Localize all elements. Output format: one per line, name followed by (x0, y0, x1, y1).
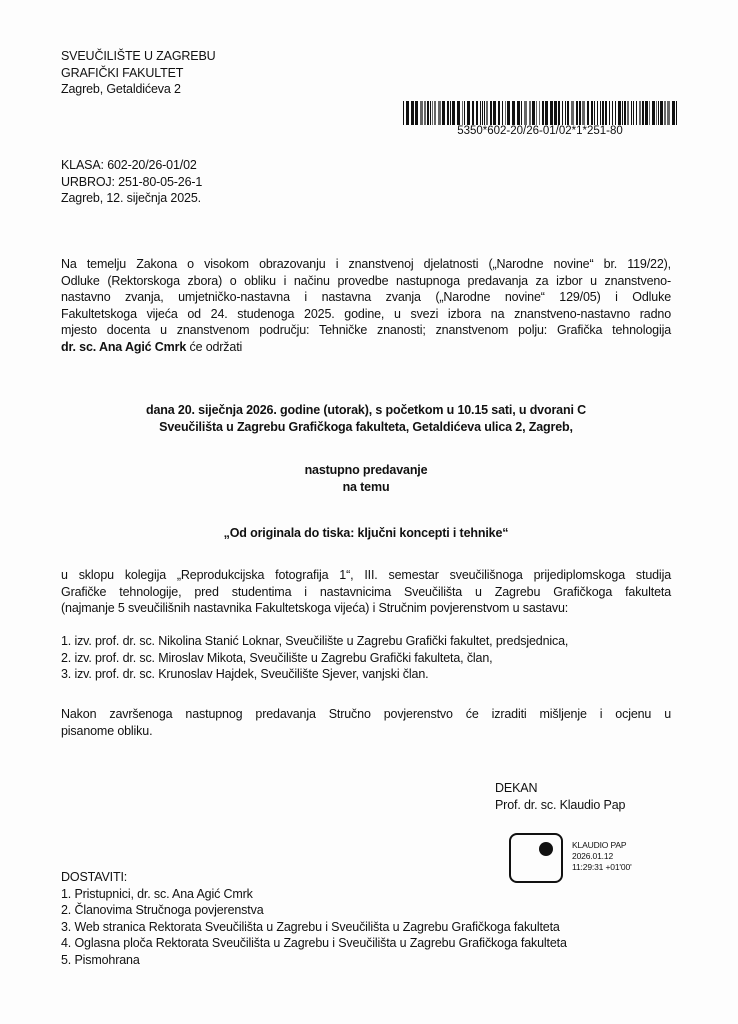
delivery-item: 4. Oglasna ploča Rektorata Sveučilišta u… (61, 935, 567, 952)
committee-member: 2. izv. prof. dr. sc. Miroslav Mikota, S… (61, 650, 568, 667)
delivery-item: 5. Pismohrana (61, 952, 567, 969)
delivery-item: 1. Pristupnici, dr. sc. Ana Agić Cmrk (61, 886, 567, 903)
lecture-label: nastupno predavanje (61, 462, 671, 479)
faculty-name: GRAFIČKI FAKULTET (61, 65, 216, 82)
committee-member: 1. izv. prof. dr. sc. Nikolina Stanić Lo… (61, 633, 568, 650)
lecture-title: „Od originala do tiska: ključni koncepti… (61, 525, 671, 542)
institution-address: Zagreb, Getaldićeva 2 (61, 81, 216, 98)
event-details: dana 20. siječnja 2026. godine (utorak),… (61, 402, 671, 435)
signature-details: KLAUDIO PAP 2026.01.12 11:29:31 +01'00' (572, 840, 632, 873)
delivery-item: 3. Web stranica Rektorata Sveučilišta u … (61, 919, 567, 936)
signature-time: 11:29:31 +01'00' (572, 862, 632, 873)
closing-line: pisanome obliku. (61, 723, 671, 740)
signer-block: DEKAN Prof. dr. sc. Klaudio Pap (495, 780, 625, 813)
delivery-heading: DOSTAVITI: (61, 869, 567, 886)
lecture-heading: nastupno predavanje na temu (61, 462, 671, 495)
context-paragraph: u sklopu kolegija „Reprodukcijska fotogr… (61, 567, 671, 617)
topic-label: na temu (61, 479, 671, 496)
signature-date: 2026.01.12 (572, 851, 632, 862)
intro-line: Na temelju Zakona o visokom obrazovanju … (61, 256, 671, 273)
candidate-suffix: će održati (186, 340, 242, 354)
candidate-name: dr. sc. Ana Agić Cmrk (61, 340, 186, 354)
intro-line: Odluke (Rektorskoga zbora) o obliku i na… (61, 273, 671, 290)
document-date: Zagreb, 12. siječnja 2025. (61, 190, 202, 207)
university-name: SVEUČILIŠTE U ZAGREBU (61, 48, 216, 65)
event-location-line: Sveučilišta u Zagrebu Grafičkoga fakulte… (61, 419, 671, 436)
intro-candidate-line: dr. sc. Ana Agić Cmrk će održati (61, 339, 671, 356)
document-reference: KLASA: 602-20/26-01/02 URBROJ: 251-80-05… (61, 157, 202, 207)
intro-line: mjesto docenta u znanstvenom području: T… (61, 322, 671, 339)
context-line: (najmanje 5 sveučilišnih nastavnika Faku… (61, 600, 671, 617)
lecture-title-block: „Od originala do tiska: ključni koncepti… (61, 525, 671, 542)
barcode-number: 5350*602-20/26-01/02*1*251-80 (403, 125, 677, 137)
delivery-item: 2. Članovima Stručnoga povjerenstva (61, 902, 567, 919)
signer-role: DEKAN (495, 780, 625, 797)
intro-line: nastavno zvanja, umjetničko-nastavna i n… (61, 289, 671, 306)
intro-paragraph: Na temelju Zakona o visokom obrazovanju … (61, 256, 671, 355)
delivery-list: DOSTAVITI: 1. Pristupnici, dr. sc. Ana A… (61, 869, 567, 968)
intro-line: Fakultetskoga vijeća od 24. studenoga 20… (61, 306, 671, 323)
committee-list: 1. izv. prof. dr. sc. Nikolina Stanić Lo… (61, 633, 568, 683)
event-date-line: dana 20. siječnja 2026. godine (utorak),… (61, 402, 671, 419)
signature-name: KLAUDIO PAP (572, 840, 632, 851)
context-line: Grafičke tehnologije, pred studentima i … (61, 584, 671, 601)
signature-dot-icon (539, 842, 553, 856)
committee-member: 3. izv. prof. dr. sc. Krunoslav Hajdek, … (61, 666, 568, 683)
klasa: KLASA: 602-20/26-01/02 (61, 157, 202, 174)
signer-name: Prof. dr. sc. Klaudio Pap (495, 797, 625, 814)
institution-header: SVEUČILIŠTE U ZAGREBU GRAFIČKI FAKULTET … (61, 48, 216, 98)
closing-line: Nakon završenoga nastupnog predavanja St… (61, 706, 671, 723)
barcode-icon (403, 101, 677, 125)
closing-paragraph: Nakon završenoga nastupnog predavanja St… (61, 706, 671, 739)
context-line: u sklopu kolegija „Reprodukcijska fotogr… (61, 567, 671, 584)
urbroj: URBROJ: 251-80-05-26-1 (61, 174, 202, 191)
